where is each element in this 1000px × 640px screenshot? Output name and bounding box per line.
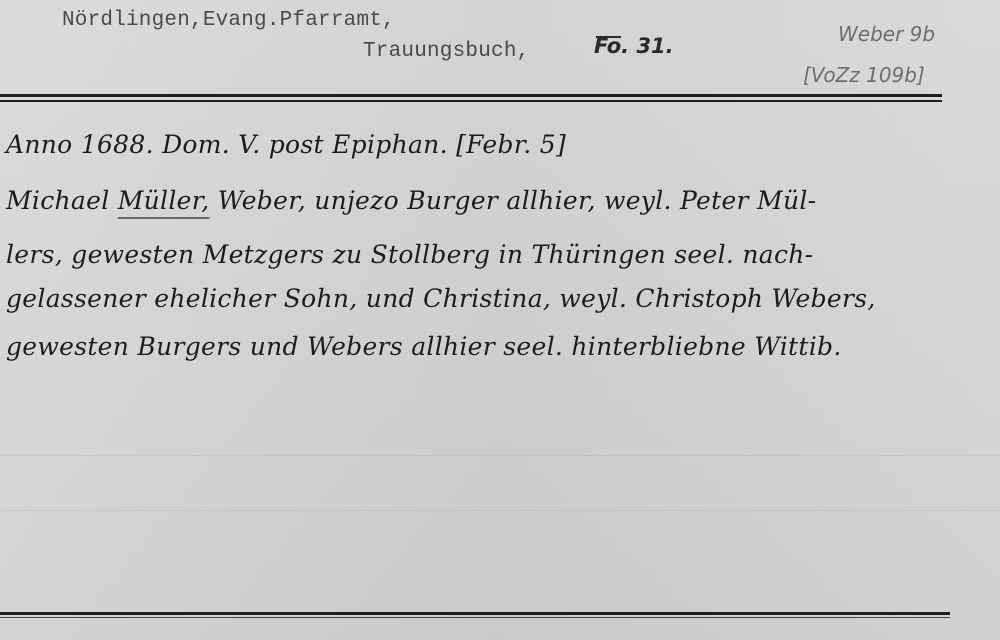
entry-line-4: gewesten Burgers und Webers allhier seel… bbox=[6, 332, 842, 361]
entry-line-1: Michael Müller, Weber, unjezo Burger all… bbox=[6, 186, 816, 215]
folio-value: . 31. bbox=[621, 34, 674, 58]
pencil-bracket-reference: [VoZz 109b] bbox=[803, 63, 925, 87]
bottom-double-rule bbox=[0, 612, 950, 615]
top-double-rule-thin bbox=[0, 100, 942, 102]
header-register: Trauungsbuch, bbox=[363, 40, 529, 63]
faint-ruling-line bbox=[0, 510, 1000, 511]
entry-groom-surname: Müller, bbox=[118, 186, 210, 215]
entry-date-line: Anno 1688. Dom. V. post Epiphan. [Febr. … bbox=[6, 130, 566, 159]
bottom-double-rule-thin bbox=[0, 617, 950, 618]
entry-line-2: lers, gewesten Metzgers zu Stollberg in … bbox=[6, 240, 813, 269]
top-double-rule bbox=[0, 94, 942, 97]
index-card: Nördlingen,Evang.Pfarramt, Trauungsbuch,… bbox=[0, 0, 1000, 640]
faint-ruling-line bbox=[0, 455, 1000, 456]
header-parish: Nördlingen,Evang.Pfarramt, bbox=[62, 9, 395, 32]
folio-abbreviation: Fo bbox=[594, 34, 621, 58]
entry-line-3: gelassener ehelicher Sohn, und Christina… bbox=[6, 284, 876, 313]
entry-groom-first-name: Michael bbox=[6, 186, 118, 215]
pencil-reference-note: Weber 9b bbox=[838, 22, 935, 46]
entry-line-1-rest: Weber, unjezo Burger allhier, weyl. Pete… bbox=[210, 186, 817, 215]
folio-number: Fo. 31. bbox=[594, 34, 674, 58]
